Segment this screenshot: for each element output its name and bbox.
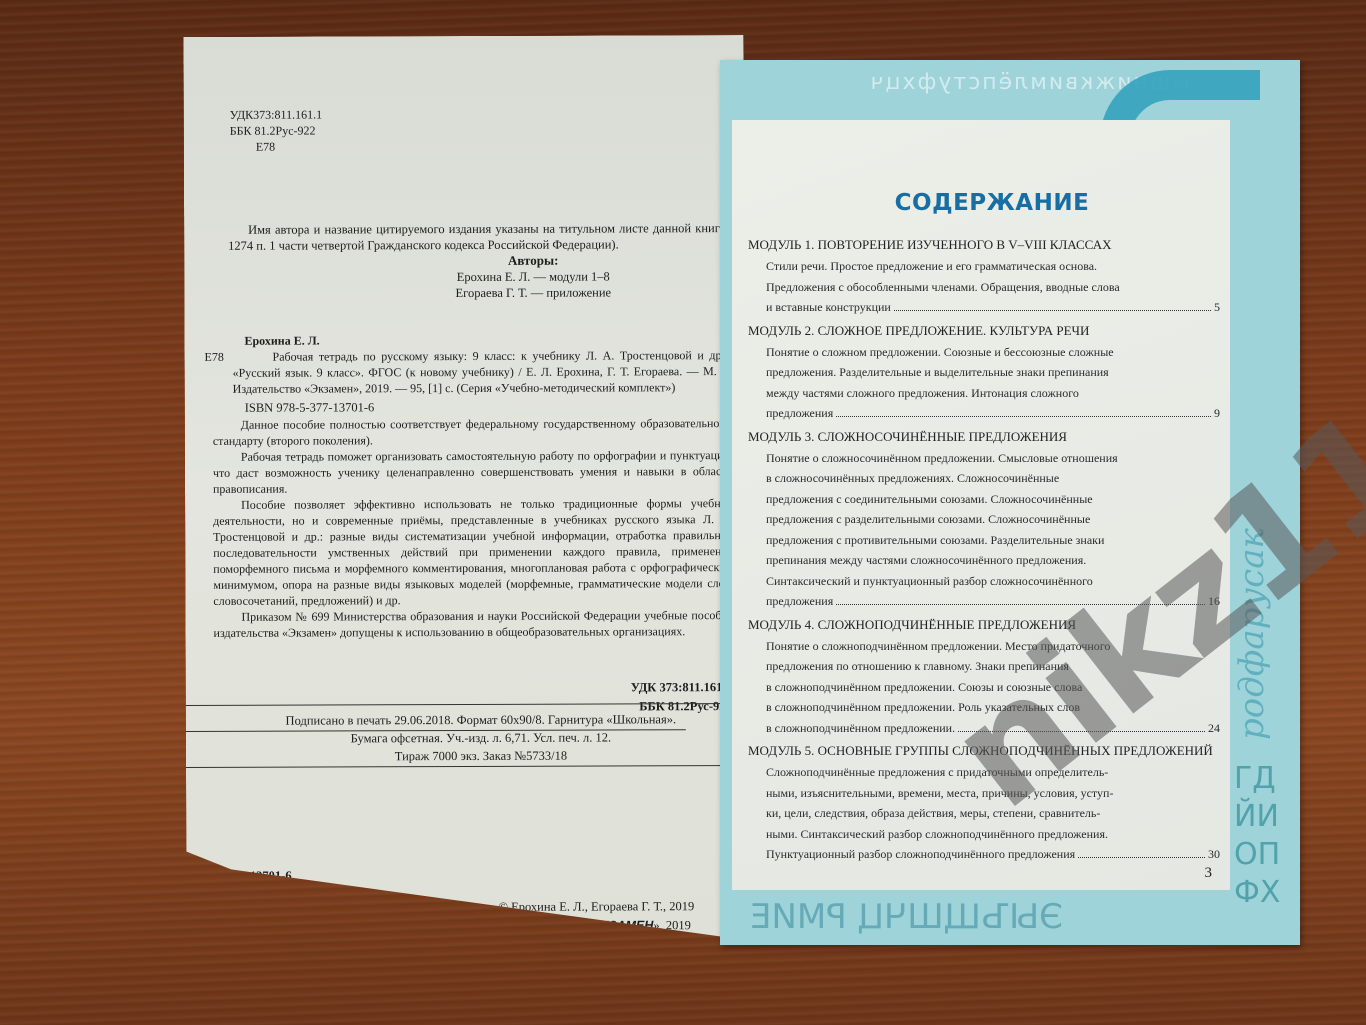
module-line: предложения по отношению к главному. Зна… <box>766 656 1220 677</box>
leader-dots <box>1078 857 1205 858</box>
leader-dots <box>836 604 1205 605</box>
module-page-number[interactable]: 30 <box>1208 844 1220 865</box>
biblio-author: Ерохина Е. Л. <box>204 331 724 349</box>
module-line: ными. Синтаксический разбор сложноподчин… <box>766 824 1220 845</box>
module-description: Понятие о сложном предложении. Союзные и… <box>750 342 1220 424</box>
module-description: Стили речи. Простое предложение и его гр… <box>750 256 1220 318</box>
citation-notice: Имя автора и название цитируемого издани… <box>228 220 748 254</box>
module-line: Стили речи. Простое предложение и его гр… <box>766 256 1220 277</box>
leader-dots <box>958 731 1205 732</box>
udk-code: УДК373:811.161.1 <box>230 106 322 122</box>
decorative-script: родфарусак <box>1232 360 1272 740</box>
toc-entry[interactable]: МОДУЛЬ 4. СЛОЖНОПОДЧИНЁННЫЕ ПРЕДЛОЖЕНИЯП… <box>750 614 1220 739</box>
leader-dots <box>894 310 1211 311</box>
contents-panel: СОДЕРЖАНИЕ МОДУЛЬ 1. ПОВТОРЕНИЕ ИЗУЧЕННО… <box>732 120 1230 890</box>
toc-entry[interactable]: МОДУЛЬ 3. СЛОЖНОСОЧИНЁННЫЕ ПРЕДЛОЖЕНИЯПо… <box>750 426 1220 612</box>
print-info: Подписано в печать 29.06.2018. Формат 60… <box>246 710 716 766</box>
annotation-paragraph: Данное пособие полностью соответствует ф… <box>213 415 733 449</box>
copyright-line: © Издательство «ЭКЗАМЕН», 2019 <box>498 916 694 936</box>
right-page-contents: ыщнижквимлёпстуфхцч родфарусак ГД ЙИ ОП … <box>720 60 1300 945</box>
module-title[interactable]: МОДУЛЬ 3. СЛОЖНОСОЧИНЁННЫЕ ПРЕДЛОЖЕНИЯ <box>748 426 1220 448</box>
toc-entry[interactable]: МОДУЛЬ 2. СЛОЖНОЕ ПРЕДЛОЖЕНИЕ. КУЛЬТУРА … <box>750 320 1220 424</box>
module-line: предложения с соединительными союзами. С… <box>766 489 1220 510</box>
module-page-number[interactable]: 9 <box>1214 403 1220 424</box>
module-line: в сложноподчинённом предложении. Союзы и… <box>766 677 1220 698</box>
annotation-paragraph: Пособие позволяет эффективно использоват… <box>213 495 733 609</box>
page-number: 3 <box>1205 865 1213 882</box>
module-line: в сложноподчинённом предложении. Роль ук… <box>766 697 1220 718</box>
module-line: Понятие о сложноподчинённом предложении.… <box>766 636 1220 657</box>
copyright-line: © Ерохина Е. Л., Егораева Г. Т., 2019 <box>498 897 694 917</box>
module-last-line: и вставные конструкции5 <box>766 297 1220 318</box>
module-line: ки, цели, следствия, образа действия, ме… <box>766 803 1220 824</box>
leader-dots <box>836 416 1211 417</box>
module-line: в сложносочинённых предложениях. Сложнос… <box>766 468 1220 489</box>
biblio-description: Рабочая тетрадь по русскому языку: 9 кла… <box>205 347 725 397</box>
copyright-block: © Ерохина Е. Л., Егораева Г. Т., 2019 © … <box>498 897 694 936</box>
left-page-imprint: УДК373:811.161.1 ББК 81.2Рус-922 Е78 Имя… <box>183 35 746 942</box>
decorative-bottom-band: ЭЫЪЩШЧЦ РМИЕ <box>750 897 1290 937</box>
author-line: Егораева Г. Т. — приложение <box>318 284 748 302</box>
citation-notice-block: Имя автора и название цитируемого издани… <box>228 220 748 302</box>
bibliographic-record: Ерохина Е. Л. Е78 Рабочая тетрадь по рус… <box>204 331 724 416</box>
module-title[interactable]: МОДУЛЬ 4. СЛОЖНОПОДЧИНЁННЫЕ ПРЕДЛОЖЕНИЯ <box>748 614 1220 636</box>
module-line: Сложноподчинённые предложения с придаточ… <box>766 762 1220 783</box>
print-info-line: Тираж 7000 экз. Заказ №5733/18 <box>246 746 716 766</box>
module-line: Понятие о сложносочинённом предложении. … <box>766 448 1220 469</box>
annotation-paragraph: Приказом № 699 Министерства образования … <box>213 607 733 641</box>
module-last-line: предложения16 <box>766 591 1220 612</box>
module-page-number[interactable]: 16 <box>1208 591 1220 612</box>
module-line: Понятие о сложном предложении. Союзные и… <box>766 342 1220 363</box>
module-last-line: в сложноподчинённом предложении.24 <box>766 718 1220 739</box>
bbk-code: ББК 81.2Рус-922 <box>230 122 322 138</box>
module-description: Понятие о сложносочинённом предложении. … <box>750 448 1220 612</box>
annotation-text: Данное пособие полностью соответствует ф… <box>213 415 734 641</box>
module-line: между частями сложного предложения. Инто… <box>766 383 1220 404</box>
toc-entry[interactable]: МОДУЛЬ 1. ПОВТОРЕНИЕ ИЗУЧЕННОГО В V–VIII… <box>750 234 1220 318</box>
module-last-line: Пунктуационный разбор сложноподчинённого… <box>766 844 1220 865</box>
module-title[interactable]: МОДУЛЬ 1. ПОВТОРЕНИЕ ИЗУЧЕННОГО В V–VIII… <box>748 234 1220 256</box>
biblio-isbn: ISBN 978-5-377-13701-6 <box>205 398 725 416</box>
toc-entry[interactable]: МОДУЛЬ 5. ОСНОВНЫЕ ГРУППЫ СЛОЖНОПОДЧИНЁН… <box>750 740 1220 865</box>
udk-code-bold: УДК 373:811.161.1 <box>631 678 732 697</box>
module-line: Предложения с обособленными членами. Обр… <box>766 277 1220 298</box>
module-line: препинания между частями сложносочинённо… <box>766 550 1220 571</box>
annotation-paragraph: Рабочая тетрадь поможет организовать сам… <box>213 447 733 497</box>
module-page-number[interactable]: 24 <box>1208 718 1220 739</box>
contents-title: СОДЕРЖАНИЕ <box>732 190 1252 216</box>
module-line: предложения. Разделительные и выделитель… <box>766 362 1220 383</box>
module-line: ными, изъяснительными, времени, места, п… <box>766 783 1220 804</box>
module-line: Синтаксический и пунктуационный разбор с… <box>766 571 1220 592</box>
biblio-code: Е78 <box>205 349 224 365</box>
author-mark: Е78 <box>230 138 322 154</box>
module-description: Сложноподчинённые предложения с придаточ… <box>750 762 1220 865</box>
author-line: Ерохина Е. Л. — модули 1–8 <box>318 268 748 286</box>
isbn-bottom: ISBN 978-5-377-13701-6 <box>161 869 291 884</box>
module-last-line: предложения9 <box>766 403 1220 424</box>
authors-heading: Авторы: <box>318 252 748 270</box>
print-info-line: Подписано в печать 29.06.2018. Формат 60… <box>246 710 716 730</box>
decorative-side-letters: ГД ЙИ ОП ФХ <box>1234 760 1294 912</box>
udk-header: УДК373:811.161.1 ББК 81.2Рус-922 Е78 <box>230 106 323 154</box>
table-of-contents: МОДУЛЬ 1. ПОВТОРЕНИЕ ИЗУЧЕННОГО В V–VIII… <box>750 234 1220 867</box>
module-page-number[interactable]: 5 <box>1214 297 1220 318</box>
module-description: Понятие о сложноподчинённом предложении.… <box>750 636 1220 739</box>
module-line: предложения с противительными союзами. Р… <box>766 530 1220 551</box>
module-line: предложения с разделительными союзами. С… <box>766 509 1220 530</box>
module-title[interactable]: МОДУЛЬ 5. ОСНОВНЫЕ ГРУППЫ СЛОЖНОПОДЧИНЁН… <box>748 740 1220 762</box>
module-title[interactable]: МОДУЛЬ 2. СЛОЖНОЕ ПРЕДЛОЖЕНИЕ. КУЛЬТУРА … <box>748 320 1220 342</box>
